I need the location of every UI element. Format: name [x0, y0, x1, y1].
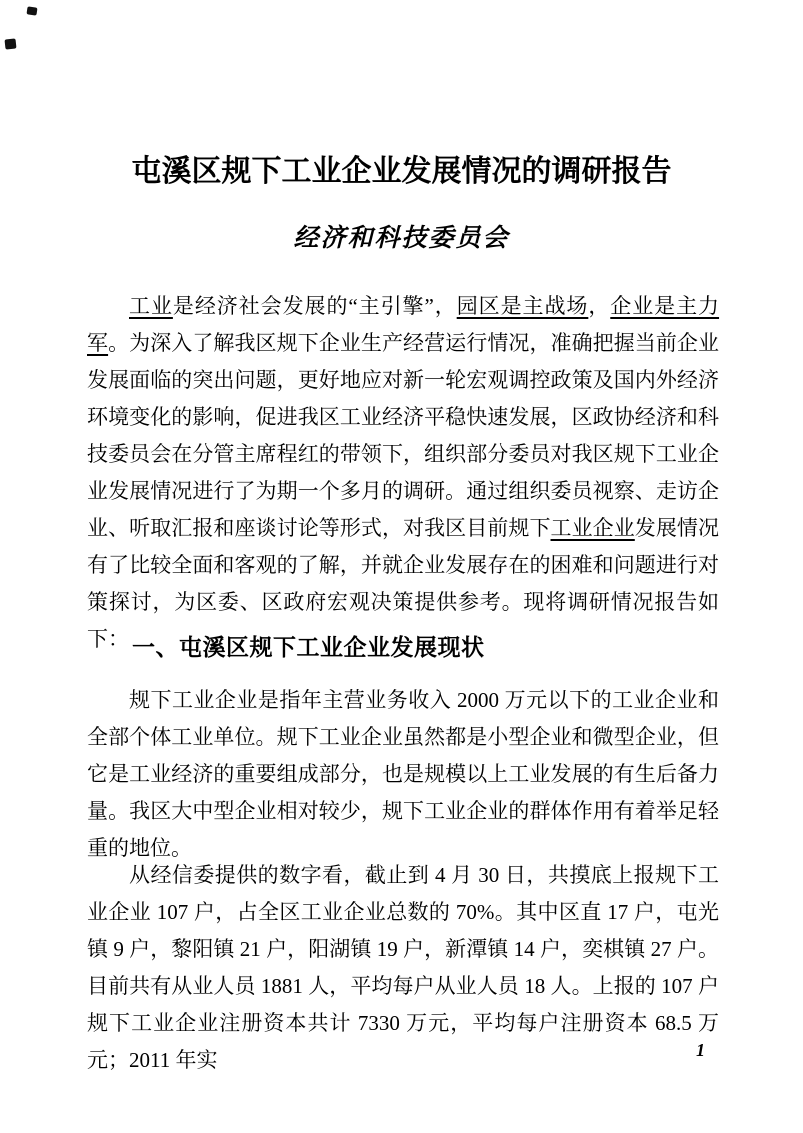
byline: 经济和科技委员会 — [0, 218, 803, 254]
page-title: 屯溪区规下工业企业发展情况的调研报告 — [0, 146, 803, 190]
text-run: ， — [588, 294, 610, 318]
section-heading: 一、屯溪区规下工业企业发展现状 — [132, 629, 485, 662]
text-run: 是经济社会发展的“主引擎”， — [173, 294, 457, 318]
text-run: 。为深入了解我区规下企业生产经营运行情况，准确把握当前企业发展面临的突出问题，更… — [87, 331, 719, 540]
scan-speckle — [26, 6, 37, 15]
underlined-text: 工业 — [129, 294, 173, 318]
page-number: 1 — [696, 1040, 705, 1061]
intro-paragraph: 工业是经济社会发展的“主引擎”，园区是主战场，企业是主力军。为深入了解我区规下企… — [87, 288, 719, 658]
document-page: 屯溪区规下工业企业发展情况的调研报告 经济和科技委员会 工业是经济社会发展的“主… — [0, 0, 803, 1133]
body-paragraph: 从经信委提供的数字看，截止到 4 月 30 日，共摸底上报规下工业企业 107 … — [87, 857, 719, 1079]
body-paragraph: 规下工业企业是指年主营业务收入 2000 万元以下的工业企业和全部个体工业单位。… — [87, 682, 719, 867]
underlined-text: 工业企业 — [551, 516, 635, 540]
underlined-text: 园区是主战场 — [457, 294, 589, 318]
scan-speckle — [5, 38, 17, 49]
